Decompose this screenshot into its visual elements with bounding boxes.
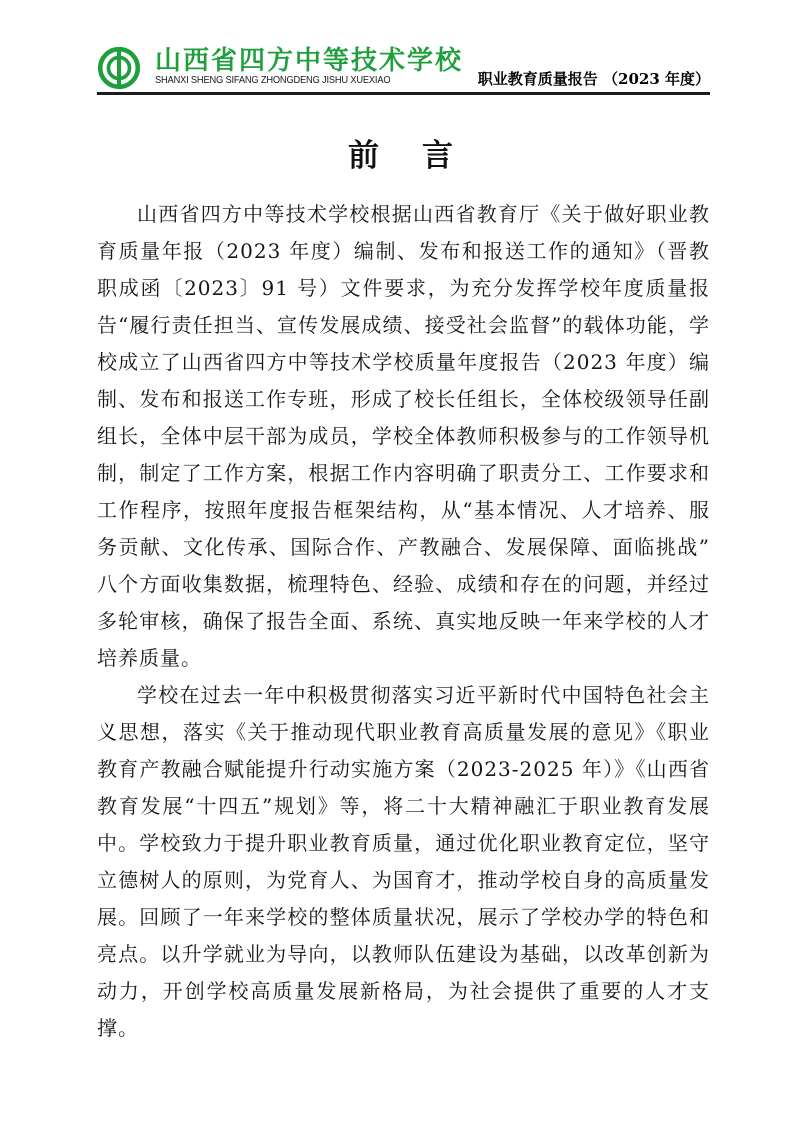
paragraph-2: 学校在过去一年中积极贯彻落实习近平新时代中国特色社会主义思想，落实《关于推动现代… [97, 677, 710, 1047]
school-name-pinyin: SHANXI SHENG SIFANG ZHONGDENG JISHU XUEX… [155, 75, 441, 87]
page-header: 山西省四方中等技术学校 SHANXI SHENG SIFANG ZHONGDEN… [97, 0, 710, 95]
preface-paragraphs: 山西省四方中等技术学校根据山西省教育厅《关于做好职业教育质量年报（2023 年度… [97, 196, 710, 1047]
report-title: 职业教育质量报告 （2023 年度） [478, 70, 710, 89]
school-logo-icon [97, 45, 141, 91]
school-name-chinese: 山西省四方中等技术学校 [155, 47, 463, 75]
school-name-block: 山西省四方中等技术学校 SHANXI SHENG SIFANG ZHONGDEN… [155, 47, 463, 87]
section-title-preface: 前 言 [97, 137, 710, 175]
document-page: 山西省四方中等技术学校 SHANXI SHENG SIFANG ZHONGDEN… [0, 0, 800, 1130]
school-identity: 山西省四方中等技术学校 SHANXI SHENG SIFANG ZHONGDEN… [97, 45, 463, 89]
document-body: 前 言 山西省四方中等技术学校根据山西省教育厅《关于做好职业教育质量年报（202… [0, 137, 800, 1047]
paragraph-1: 山西省四方中等技术学校根据山西省教育厅《关于做好职业教育质量年报（2023 年度… [97, 196, 710, 677]
